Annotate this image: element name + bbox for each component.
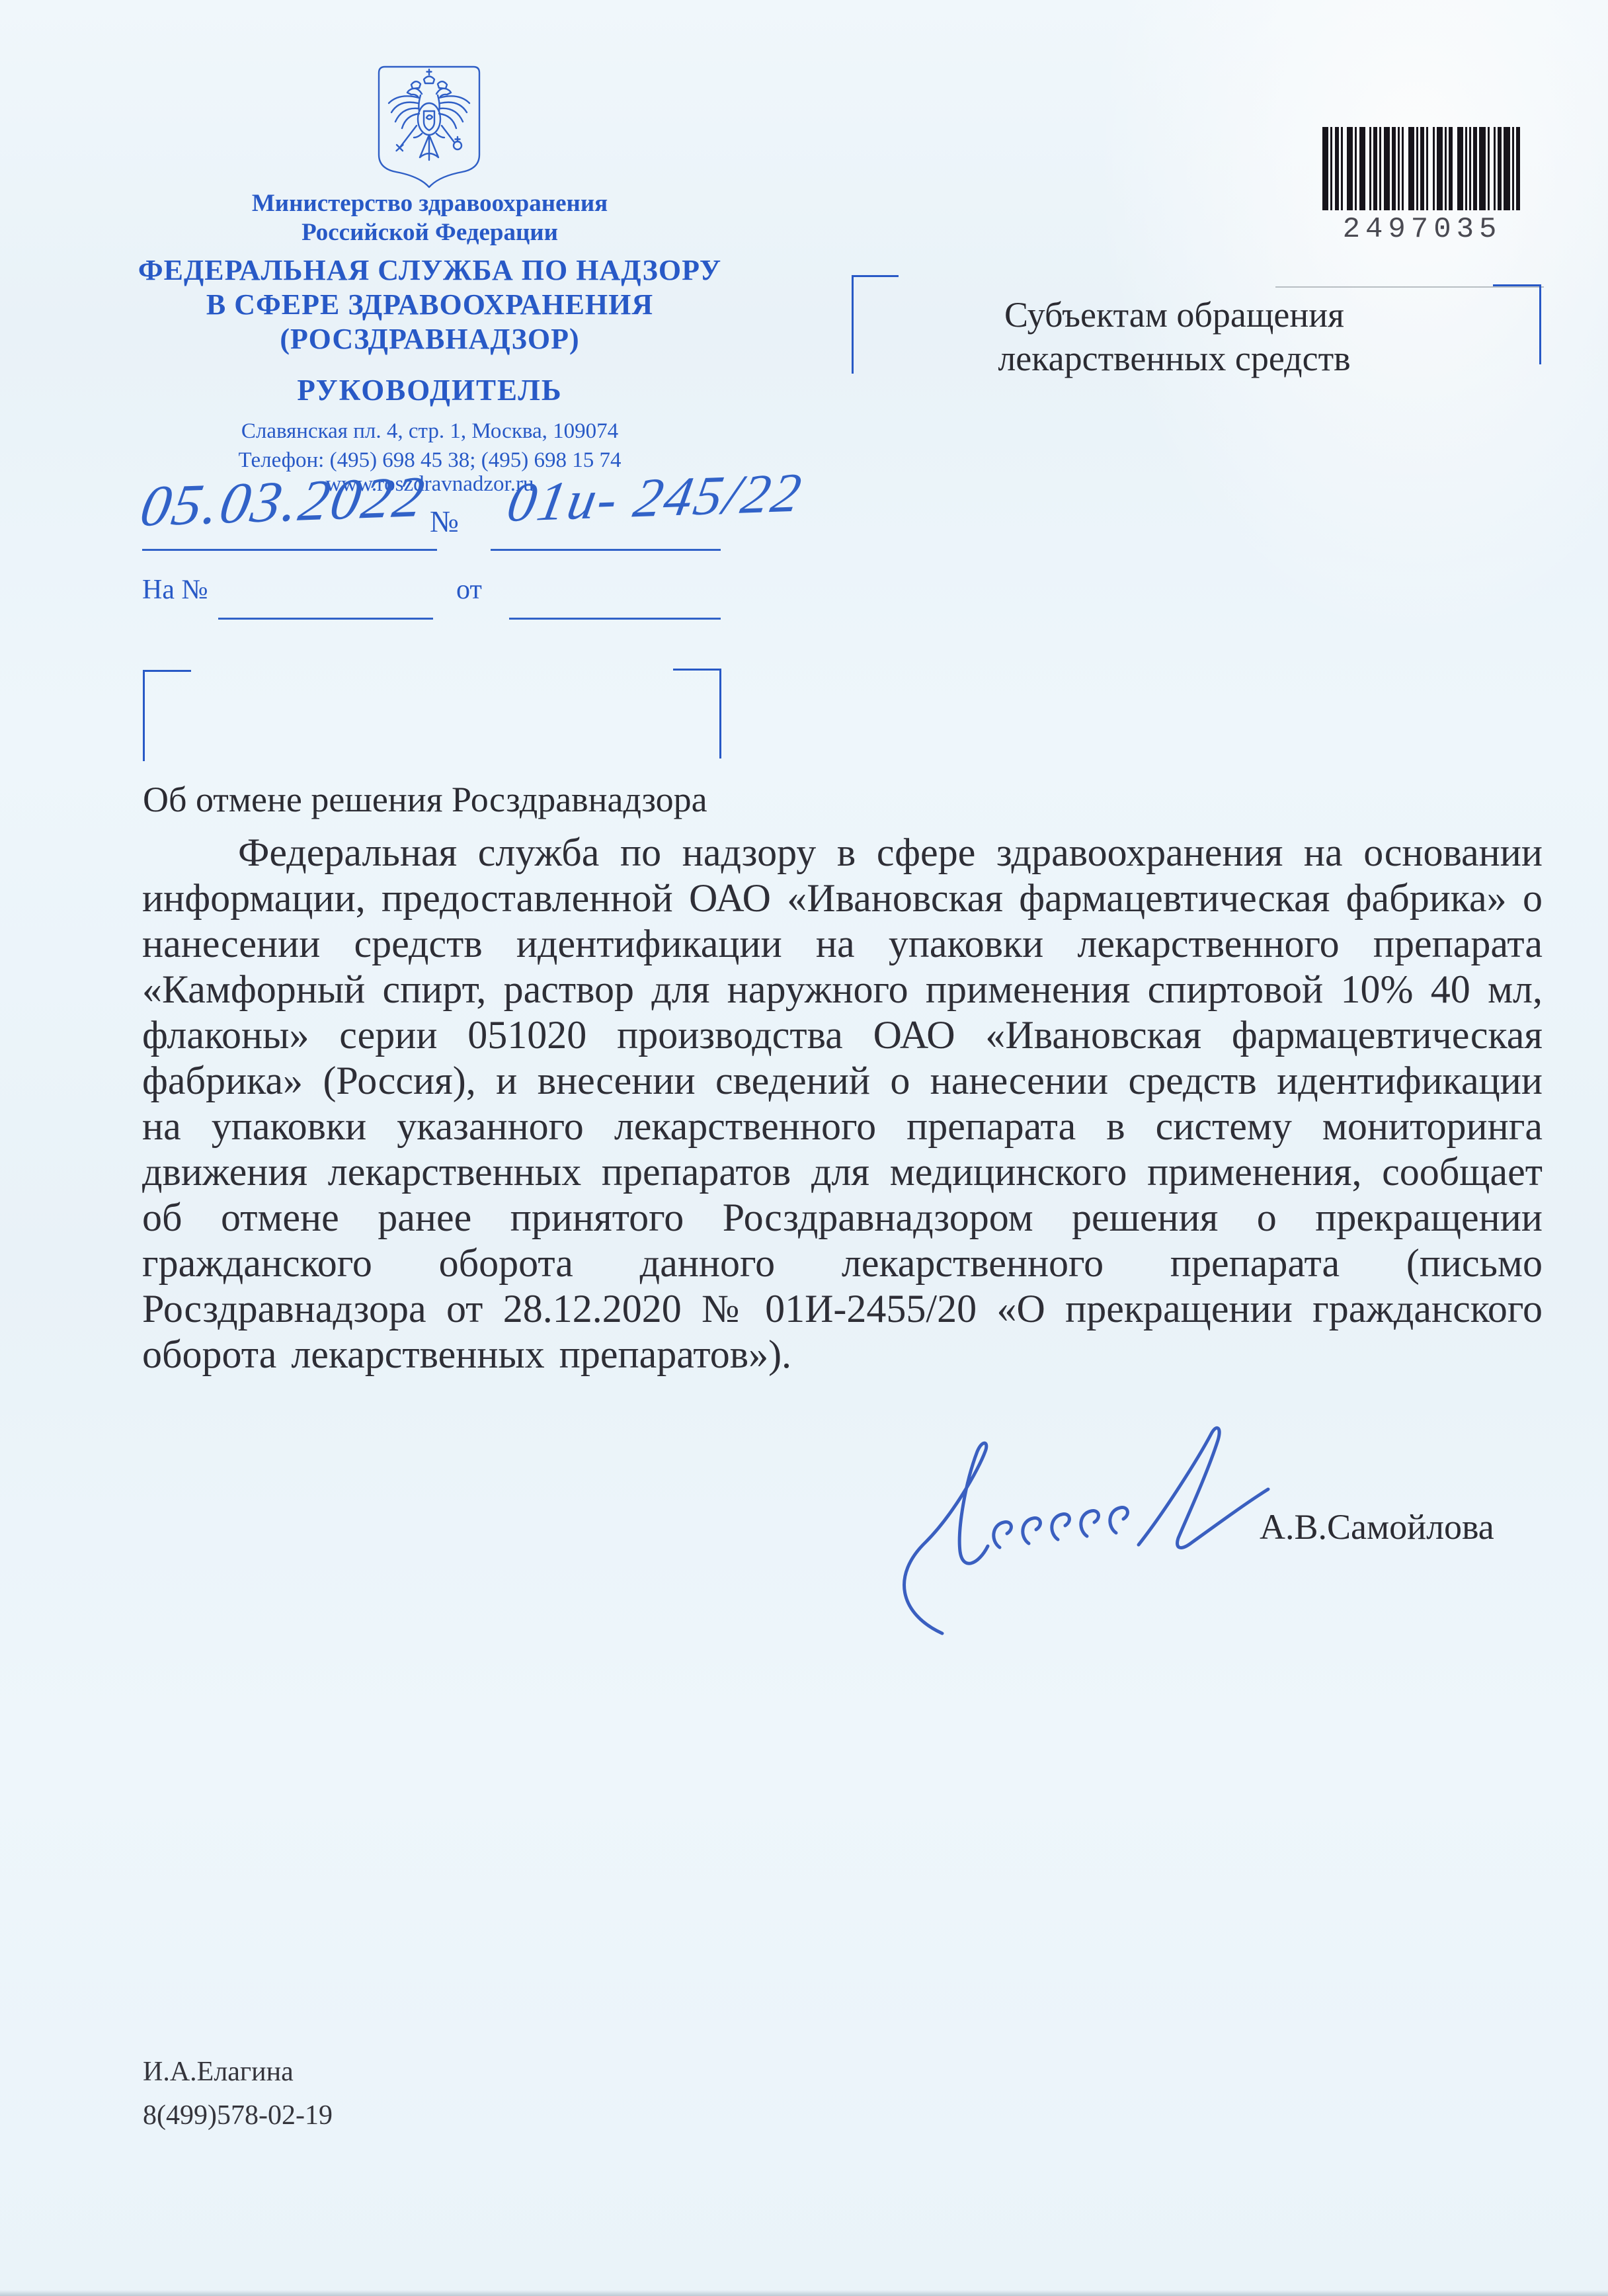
address-line: Славянская пл. 4, стр. 1, Москва, 109074 — [119, 419, 741, 444]
number-underline — [491, 549, 721, 551]
service-name-line-3: (РОСЗДРАВНАДЗОР) — [119, 323, 741, 356]
number-sign: № — [430, 504, 459, 539]
subject-corner-mark-right — [673, 669, 721, 758]
addressee-corner-mark-left — [852, 275, 899, 374]
service-name-line-1: ФЕДЕРАЛЬНАЯ СЛУЖБА ПО НАДЗОРУ — [119, 254, 741, 287]
ministry-line-2: Российской Федерации — [119, 218, 741, 247]
coat-of-arms-icon — [377, 65, 481, 189]
subject-line: Об отмене решения Росздравнадзора — [143, 779, 707, 820]
scanned-letter-page: Министерство здравоохранения Российской … — [0, 0, 1608, 2296]
subject-corner-mark-left — [143, 670, 191, 761]
addressee-line-2: лекарственных средств — [910, 337, 1439, 380]
reply-number-underline — [218, 618, 433, 620]
letter-body: Федеральная служба по надзору в сфере зд… — [142, 830, 1543, 1377]
addressee-block: Субъектам обращения лекарственных средст… — [910, 293, 1439, 380]
service-name-line-2: В СФЕРЕ ЗДРАВООХРАНЕНИЯ — [119, 288, 741, 321]
role-title: РУКОВОДИТЕЛЬ — [119, 373, 741, 407]
reply-ref-prefix: На № — [142, 574, 208, 606]
handwritten-number: 01и- 245/22 — [502, 471, 794, 535]
signer-name: А.В.Самойлова — [1260, 1506, 1494, 1547]
barcode-bars — [1322, 127, 1522, 210]
date-underline — [142, 549, 437, 551]
handwritten-signature — [879, 1415, 1276, 1640]
addressee-corner-mark-right — [1493, 284, 1541, 364]
handwritten-date: 05.03.2022 — [136, 473, 417, 540]
executor-phone: 8(499)578-02-19 — [143, 2094, 333, 2137]
addressee-line-1: Субъектам обращения — [910, 293, 1439, 337]
scan-bottom-edge — [0, 2290, 1608, 2296]
executor-name: И.А.Елагина — [143, 2050, 333, 2094]
executor-block: И.А.Елагина 8(499)578-02-19 — [143, 2050, 333, 2137]
barcode: 2497035 — [1322, 127, 1522, 246]
reply-ref-from: от — [456, 574, 482, 606]
reply-date-underline — [509, 618, 721, 620]
barcode-number: 2497035 — [1322, 213, 1522, 246]
ministry-line-1: Министерство здравоохранения — [119, 189, 741, 218]
